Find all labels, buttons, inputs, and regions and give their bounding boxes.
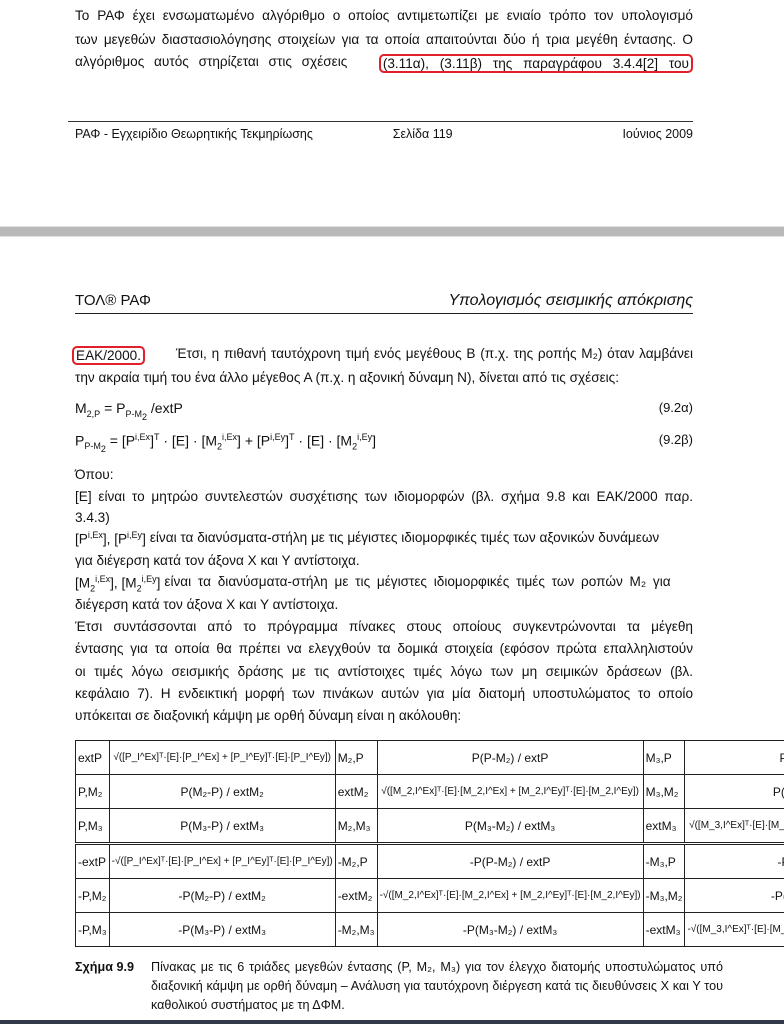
table-formula-cell: P(P-M₃) / extP — [685, 741, 784, 775]
equation-formula: PP-M2 = [Pi,Ex]T · [E] · [M2i,Ex] + [Pi,… — [75, 432, 376, 454]
table-label-cell: -extP — [76, 844, 110, 879]
where-label: Όπου: — [75, 467, 693, 482]
table-label-cell: P,M₃ — [76, 809, 110, 844]
table-label-cell: -M₃,M₂ — [643, 879, 685, 913]
highlight-annotation: ΕΑΚ/2000. — [72, 346, 145, 365]
header-rule — [75, 313, 693, 314]
caption-label: Σχήμα 9.9 — [75, 960, 134, 974]
table-label-cell: -M₂,P — [335, 844, 377, 879]
table-row: extP√([P_I^Ex]ᵀ·[E]·[P_I^Ex] + [P_I^Ey]ᵀ… — [76, 741, 784, 775]
page-footer: ΡΑΦ - Εγχειρίδιο Θεωρητικής Τεκμηρίωσης … — [75, 127, 693, 141]
body-line: Έτσι συντάσσονται από το πρόγραμμα πίνακ… — [75, 619, 693, 634]
equation-number: (9.2α) — [659, 400, 693, 422]
definition-line: [M2i,Ex], [M2i,Ey] είναι τα διανύσματα-σ… — [75, 574, 693, 593]
table-label-cell: M₂,P — [335, 741, 377, 775]
bottom-edge — [0, 1020, 784, 1024]
table-label-cell: -M₃,P — [643, 844, 685, 879]
symbol: [M2i,Ex], [M2i,Ey] — [75, 574, 160, 593]
figure-caption: Σχήμα 9.9 Πίνακας με τις 6 τριάδες μεγεθ… — [75, 958, 725, 977]
header-chapter: Υπολογισμός σεισμικής απόκρισης — [449, 292, 694, 310]
table-label-cell: -M₂,M₃ — [335, 913, 377, 947]
definition-line: για διέγερση κατά τον άξονα Χ και Υ αντί… — [75, 553, 693, 568]
definition-line: διέγερση κατά τον άξονα Χ και Υ αντίστοι… — [75, 597, 693, 612]
table-label-cell: -P,M₂ — [76, 879, 110, 913]
table-row: P,M₂P(M₂-P) / extM₂extM₂√([M_2,I^Ex]ᵀ·[E… — [76, 775, 784, 809]
table-formula-cell: -√([P_I^Ex]ᵀ·[E]·[P_I^Ex] + [P_I^Ey]ᵀ·[E… — [109, 844, 335, 879]
table-label-cell: extM₃ — [643, 809, 685, 844]
definition-line: [E] είναι το μητρώο συντελεστών συσχέτισ… — [75, 489, 693, 504]
body-line: υπόκειται σε διαξονική κάμψη με ορθή δύν… — [75, 708, 693, 723]
highlight-annotation: (3.11α), (3.11β) της παραγράφου 3.4.4[2]… — [379, 54, 693, 73]
table-formula-cell: √([M_2,I^Ex]ᵀ·[E]·[M_2,I^Ex] + [M_2,I^Ey… — [377, 775, 643, 809]
paragraph-line: των μεγεθών διαστασιολόγησης στοιχείων γ… — [75, 32, 693, 47]
table-formula-cell: -P(M₂-P) / extM₂ — [109, 879, 335, 913]
table-formula-cell: P(M₃-M₂) / extM₃ — [377, 809, 643, 844]
table-formula-cell: -P(M₃-M₂) / extM₃ — [377, 913, 643, 947]
equation-number: (9.2β) — [659, 432, 693, 454]
table-formula-cell: √([M_3,I^Ex]ᵀ·[E]·[M_3,I^Ex] + [M_3,I^Ey… — [685, 809, 784, 844]
footer-rule — [68, 121, 693, 122]
intro-text: Έτσι, η πιθανή ταυτόχρονη τιμή ενός μεγέ… — [176, 346, 693, 365]
table-label-cell: P,M₂ — [76, 775, 110, 809]
header-product: ΤΟΛ® ΡΑΦ — [75, 292, 151, 310]
table-row: -extP-√([P_I^Ex]ᵀ·[E]·[P_I^Ex] + [P_I^Ey… — [76, 844, 784, 879]
table-label-cell: extP — [76, 741, 110, 775]
definition-text: είναι τα διανύσματα-στήλη με τις μέγιστε… — [150, 530, 659, 547]
table-label-cell: M₃,M₂ — [643, 775, 685, 809]
footer-date: Ιούνιος 2009 — [622, 127, 693, 141]
table-formula-cell: P(P-M₂) / extP — [377, 741, 643, 775]
symbol: [Pi,Ex], [Pi,Ey] — [75, 530, 146, 547]
body-line: κεφάλαιο 7). Η ενδεικτική μορφή των πινά… — [75, 686, 693, 701]
table-label-cell: -extM₃ — [643, 913, 685, 947]
table-formula-cell: P(M₃-P) / extM₃ — [109, 809, 335, 844]
definition-line: [Pi,Ex], [Pi,Ey] είναι τα διανύσματα-στή… — [75, 530, 693, 547]
table-label-cell: M₃,P — [643, 741, 685, 775]
table-label-cell: extM₂ — [335, 775, 377, 809]
table-label-cell: -extM₂ — [335, 879, 377, 913]
intensity-triads-table: extP√([P_I^Ex]ᵀ·[E]·[P_I^Ex] + [P_I^Ey]ᵀ… — [75, 740, 784, 947]
table-row: -P,M₃-P(M₃-P) / extM₃-M₂,M₃-P(M₃-M₂) / e… — [76, 913, 784, 947]
paragraph-line: Το ΡΑΦ έχει ενσωματωμένο αλγόριθμο ο οπο… — [75, 8, 693, 23]
table-label-cell: -P,M₃ — [76, 913, 110, 947]
table-formula-cell: -P(M₂-M₃) / extM₂ — [685, 879, 784, 913]
table-row: P,M₃P(M₃-P) / extM₃M₂,M₃P(M₃-M₂) / extM₃… — [76, 809, 784, 844]
page-separator — [0, 226, 784, 237]
table-formula-cell: -P(P-M₃) / extP — [685, 844, 784, 879]
footer-page-number: Σελίδα 119 — [393, 127, 453, 141]
table-formula-cell: -P(M₃-P) / extM₃ — [109, 913, 335, 947]
page-header: ΤΟΛ® ΡΑΦ Υπολογισμός σεισμικής απόκρισης — [75, 292, 693, 310]
definition-text: είναι τα διανύσματα-στήλη με τις μέγιστε… — [164, 574, 670, 593]
equation-9-2b: PP-M2 = [Pi,Ex]T · [E] · [M2i,Ex] + [Pi,… — [75, 432, 693, 454]
body-line: έντασης για τα οποία θα πρέπει να ελεγχθ… — [75, 641, 693, 656]
intro-line: την ακραία τιμή του ένα άλλο μέγεθος Α (… — [75, 370, 693, 385]
definition-line: 3.4.3) — [75, 510, 693, 525]
equation-9-2a: M2,P = PP-M2 /extP (9.2α) — [75, 400, 693, 422]
caption-text: Πίνακας με τις 6 τριάδες μεγεθών έντασης… — [151, 958, 723, 1015]
table-formula-cell: √([P_I^Ex]ᵀ·[E]·[P_I^Ex] + [P_I^Ey]ᵀ·[E]… — [109, 741, 335, 775]
footer-title: ΡΑΦ - Εγχειρίδιο Θεωρητικής Τεκμηρίωσης — [75, 127, 313, 141]
table-formula-cell: -√([M_2,I^Ex]ᵀ·[E]·[M_2,I^Ex] + [M_2,I^E… — [377, 879, 643, 913]
table-formula-cell: -P(P-M₂) / extP — [377, 844, 643, 879]
equation-formula: M2,P = PP-M2 /extP — [75, 400, 183, 422]
table-formula-cell: -√([M_3,I^Ex]ᵀ·[E]·[M_3,I^Ex] + [M_3,I^E… — [685, 913, 784, 947]
table-formula-cell: P(M₂-P) / extM₂ — [109, 775, 335, 809]
intro-line: ΕΑΚ/2000. Έτσι, η πιθανή ταυτόχρονη τιμή… — [75, 346, 693, 365]
body-line: οι τιμές λόγω σεισμικής δράσης με τις αν… — [75, 664, 693, 679]
paragraph-line-highlighted: αλγόριθμος αυτός στηρίζεται στις σχέσεις… — [75, 54, 693, 73]
table-row: -P,M₂-P(M₂-P) / extM₂-extM₂-√([M_2,I^Ex]… — [76, 879, 784, 913]
paragraph-text: αλγόριθμος αυτός στηρίζεται στις σχέσεις — [75, 54, 347, 73]
table-formula-cell: P(M₂-M₃) / extM₂ — [685, 775, 784, 809]
table-label-cell: M₂,M₃ — [335, 809, 377, 844]
